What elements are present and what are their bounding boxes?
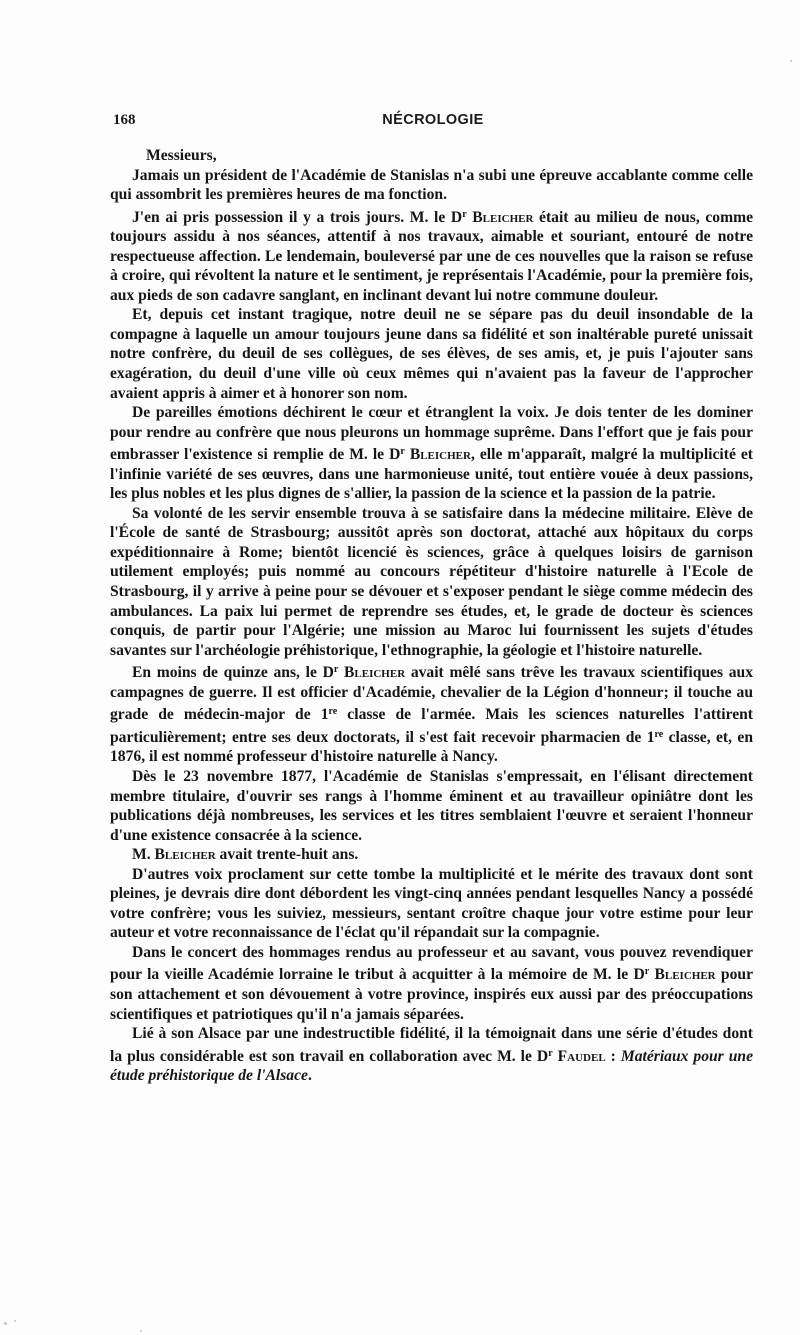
body-text: Messieurs, Jamais un président de l'Acad… (110, 146, 753, 1086)
superscript: r (548, 1048, 552, 1059)
text: En moins de quinze ans, le D (132, 664, 334, 681)
paragraph-6: En moins de quinze ans, le Dr Bleicher a… (110, 660, 753, 767)
text: Sa volonté de les servir ensemble trouva… (110, 505, 753, 659)
paragraph-11: Lié à son Alsace par une indestructible … (110, 1024, 753, 1086)
text: : (606, 1048, 621, 1065)
salutation: Messieurs, (110, 146, 753, 166)
paragraph-7: Dès le 23 novembre 1877, l'Académie de S… (110, 767, 753, 845)
person-name: Bleicher (344, 664, 405, 681)
text: D'autres voix proclament sur cette tombe… (110, 866, 753, 942)
section-title: NÉCROLOGIE (113, 112, 753, 128)
superscript: re (329, 706, 338, 717)
superscript: r (645, 966, 649, 977)
running-head: 168 NÉCROLOGIE (113, 112, 753, 132)
person-name: Faudel (558, 1048, 606, 1065)
paragraph-1: Jamais un président de l'Académie de Sta… (110, 166, 753, 205)
person-name: Bleicher (155, 846, 216, 863)
superscript: r (400, 446, 404, 457)
paragraph-9: D'autres voix proclament sur cette tombe… (110, 865, 753, 943)
text: avait trente-huit ans. (216, 846, 359, 863)
person-name: Bleicher (654, 966, 715, 983)
text: M. (132, 846, 155, 863)
paragraph-8: M. Bleicher avait trente-huit ans. (110, 845, 753, 865)
paragraph-5: Sa volonté de les servir ensemble trouva… (110, 504, 753, 660)
text: J'en ai pris possession il y a trois jou… (132, 209, 462, 226)
superscript: r (334, 664, 338, 675)
superscript: r (462, 209, 466, 220)
paragraph-4: De pareilles émotions déchirent le cœur … (110, 403, 753, 504)
text: Et, depuis cet instant tragique, notre d… (110, 306, 753, 401)
superscript: re (655, 729, 664, 740)
text: . (308, 1067, 312, 1084)
scan-speck (790, 60, 792, 62)
scan-speck (140, 1330, 142, 1332)
scan-speck (14, 1320, 16, 1322)
text: Dès le 23 novembre 1877, l'Académie de S… (110, 768, 753, 844)
person-name: Bleicher (472, 209, 533, 226)
scan-speck (4, 1322, 7, 1325)
paragraph-2: J'en ai pris possession il y a trois jou… (110, 205, 753, 306)
scanned-book-page: 168 NÉCROLOGIE Messieurs, Jamais un prés… (0, 0, 800, 1335)
paragraph-3: Et, depuis cet instant tragique, notre d… (110, 305, 753, 403)
person-name: Bleicher (410, 446, 471, 463)
paragraph-10: Dans le concert des hommages rendus au p… (110, 943, 753, 1024)
text: Jamais un président de l'Académie de Sta… (110, 167, 753, 204)
